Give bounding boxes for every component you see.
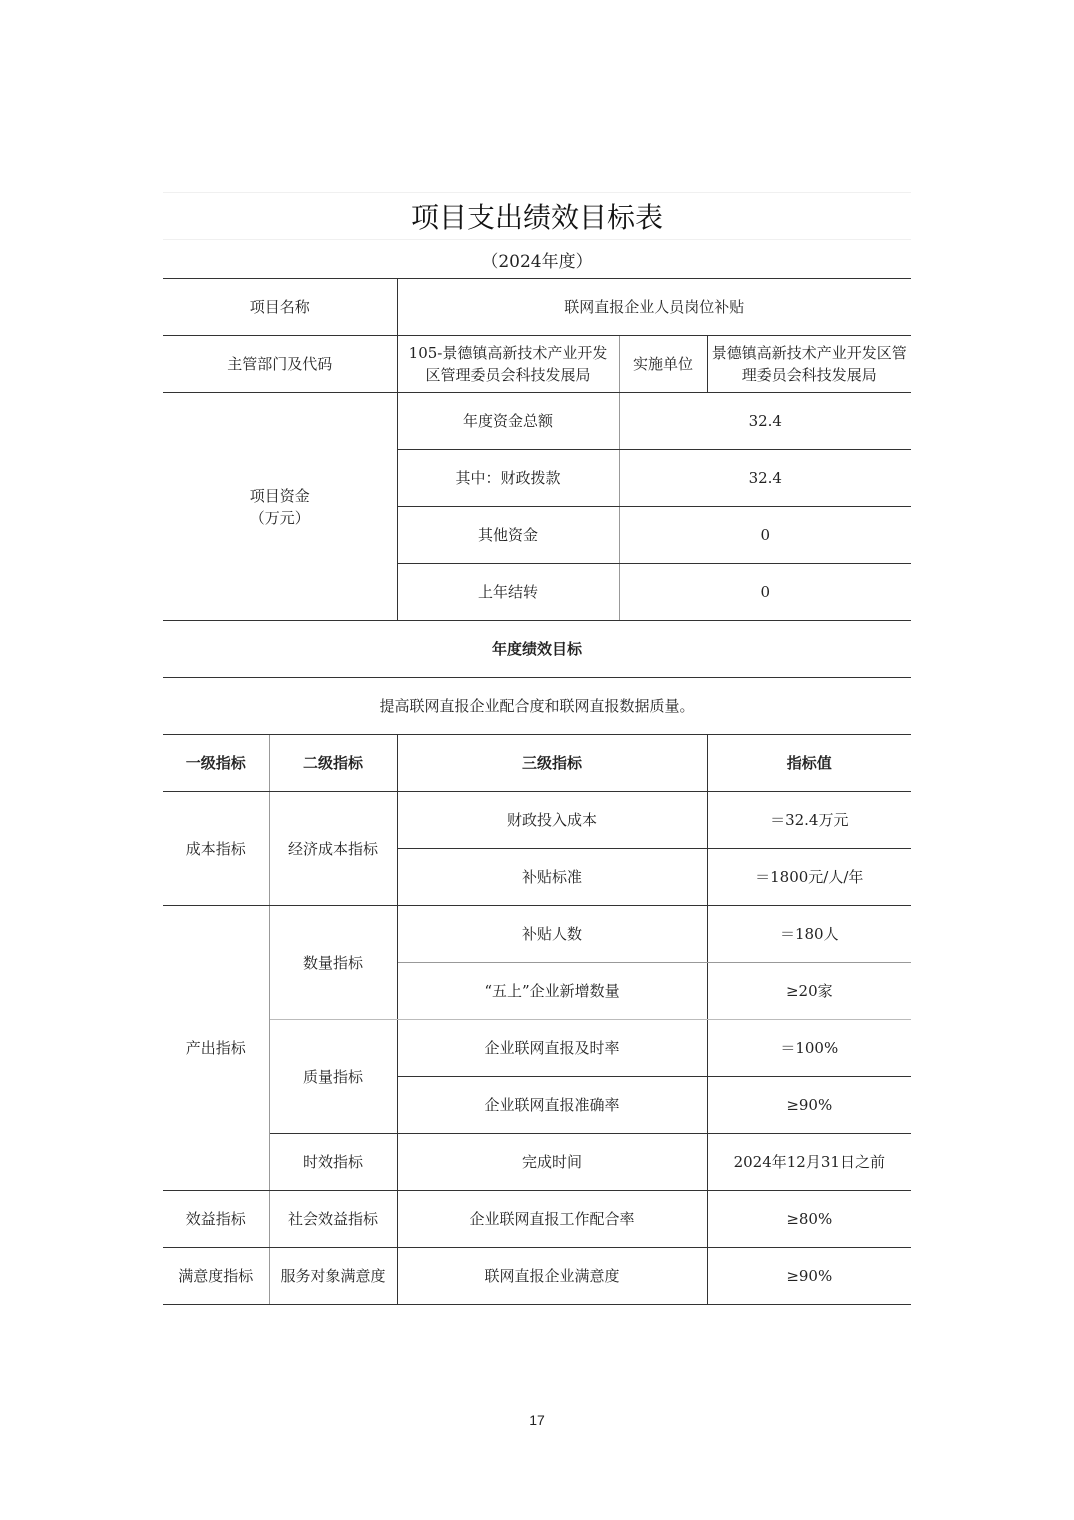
level3-item: 补贴标准 — [397, 849, 707, 906]
document-title: 项目支出绩效目标表 — [163, 192, 911, 239]
header-level1: 一级指标 — [163, 735, 269, 792]
implementing-unit-label: 实施单位 — [619, 336, 707, 393]
performance-table: 项目名称 联网直报企业人员岗位补贴 主管部门及代码 105-景德镇高新技术产业开… — [163, 278, 911, 1305]
fund-value: 0 — [619, 564, 911, 621]
indicator-row: 时效指标 完成时间 2024年12月31日之前 — [163, 1134, 911, 1191]
level3-item: 完成时间 — [397, 1134, 707, 1191]
indicator-value: 2024年12月31日之前 — [707, 1134, 911, 1191]
page-number: 17 — [0, 1412, 1074, 1428]
indicator-value: ＝180人 — [707, 906, 911, 963]
fund-value: 32.4 — [619, 393, 911, 450]
level2-service-satisfaction: 服务对象满意度 — [269, 1248, 397, 1305]
fund-label: 年度资金总额 — [397, 393, 619, 450]
department-label: 主管部门及代码 — [163, 336, 397, 393]
level2-timeliness: 时效指标 — [269, 1134, 397, 1191]
performance-goal-sheet: 项目支出绩效目标表 （2024年度） 项目名称 联网直报企业人员岗位补贴 主管部… — [163, 192, 911, 1305]
level3-item: “五上”企业新增数量 — [397, 963, 707, 1020]
document-year: （2024年度） — [163, 239, 911, 278]
indicator-value: ＝100% — [707, 1020, 911, 1077]
indicator-header-row: 一级指标 二级指标 三级指标 指标值 — [163, 735, 911, 792]
indicator-value: ≥20家 — [707, 963, 911, 1020]
fund-label: 其中：财政拨款 — [397, 450, 619, 507]
project-name-label: 项目名称 — [163, 279, 397, 336]
level1-cost: 成本指标 — [163, 792, 269, 906]
fund-label: 其他资金 — [397, 507, 619, 564]
indicator-row: 质量指标 企业联网直报及时率 ＝100% — [163, 1020, 911, 1077]
indicator-row: 效益指标 社会效益指标 企业联网直报工作配合率 ≥80% — [163, 1191, 911, 1248]
indicator-row: 成本指标 经济成本指标 财政投入成本 ＝32.4万元 — [163, 792, 911, 849]
annual-goal-text-row: 提高联网直报企业配合度和联网直报数据质量。 — [163, 678, 911, 735]
indicator-value: ＝1800元/人/年 — [707, 849, 911, 906]
indicator-value: ≥80% — [707, 1191, 911, 1248]
level3-item: 企业联网直报工作配合率 — [397, 1191, 707, 1248]
level3-item: 企业联网直报准确率 — [397, 1077, 707, 1134]
funds-label: 项目资金 （万元） — [163, 393, 397, 621]
level1-output: 产出指标 — [163, 906, 269, 1191]
indicator-value: ≥90% — [707, 1077, 911, 1134]
level3-item: 财政投入成本 — [397, 792, 707, 849]
header-level3: 三级指标 — [397, 735, 707, 792]
project-name-row: 项目名称 联网直报企业人员岗位补贴 — [163, 279, 911, 336]
indicator-value: ＝32.4万元 — [707, 792, 911, 849]
funds-row: 项目资金 （万元） 年度资金总额 32.4 — [163, 393, 911, 450]
fund-value: 32.4 — [619, 450, 911, 507]
level3-item: 补贴人数 — [397, 906, 707, 963]
indicator-row: 满意度指标 服务对象满意度 联网直报企业满意度 ≥90% — [163, 1248, 911, 1305]
header-level2: 二级指标 — [269, 735, 397, 792]
fund-value: 0 — [619, 507, 911, 564]
level3-item: 联网直报企业满意度 — [397, 1248, 707, 1305]
header-value: 指标值 — [707, 735, 911, 792]
funds-label-text: 项目资金 — [167, 485, 393, 507]
implementing-unit-value: 景德镇高新技术产业开发区管理委员会科技发展局 — [707, 336, 911, 393]
indicator-row: 产出指标 数量指标 补贴人数 ＝180人 — [163, 906, 911, 963]
level3-item: 企业联网直报及时率 — [397, 1020, 707, 1077]
level1-satisfaction: 满意度指标 — [163, 1248, 269, 1305]
annual-goal-header-row: 年度绩效目标 — [163, 621, 911, 678]
indicator-value: ≥90% — [707, 1248, 911, 1305]
level2-economic-cost: 经济成本指标 — [269, 792, 397, 906]
department-row: 主管部门及代码 105-景德镇高新技术产业开发区管理委员会科技发展局 实施单位 … — [163, 336, 911, 393]
annual-goal-text: 提高联网直报企业配合度和联网直报数据质量。 — [163, 678, 911, 735]
fund-label: 上年结转 — [397, 564, 619, 621]
level2-social-benefit: 社会效益指标 — [269, 1191, 397, 1248]
department-value: 105-景德镇高新技术产业开发区管理委员会科技发展局 — [397, 336, 619, 393]
level2-quantity: 数量指标 — [269, 906, 397, 1020]
annual-goal-header: 年度绩效目标 — [163, 621, 911, 678]
level1-benefit: 效益指标 — [163, 1191, 269, 1248]
funds-unit-text: （万元） — [167, 507, 393, 529]
level2-quality: 质量指标 — [269, 1020, 397, 1134]
project-name-value: 联网直报企业人员岗位补贴 — [397, 279, 911, 336]
